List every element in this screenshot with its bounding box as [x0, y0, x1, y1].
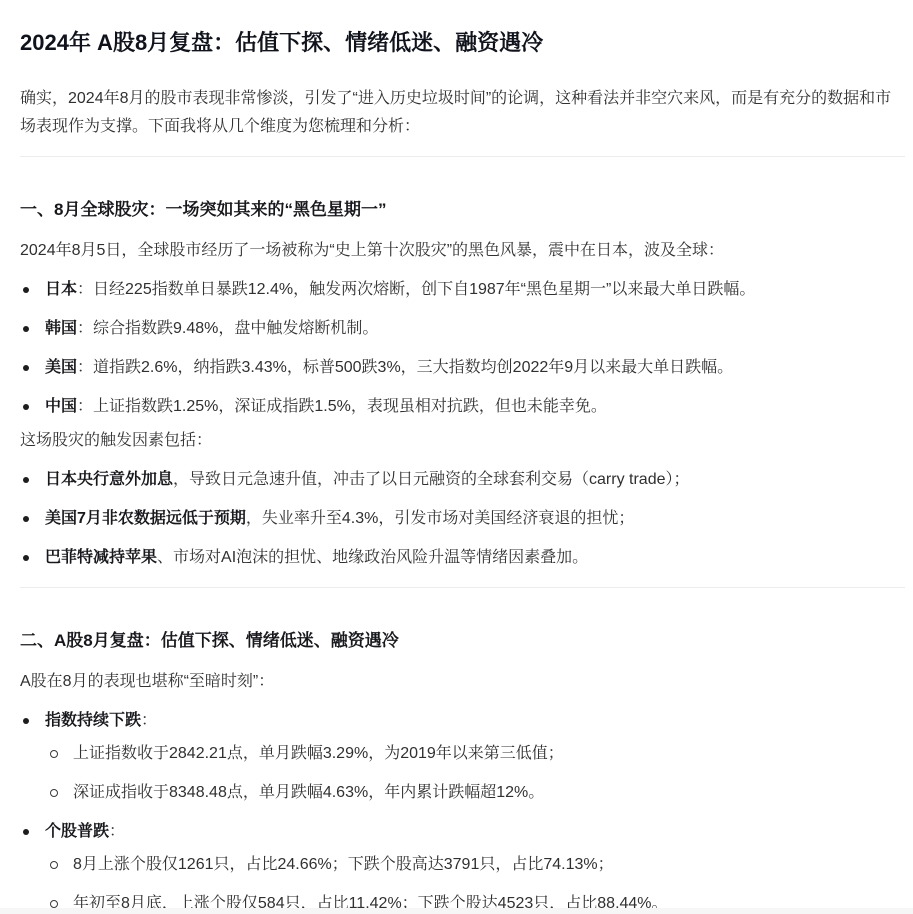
list-item-china: 中国：上证指数跌1.25%，深证成指跌1.5%，表现虽相对抗跌，但也未能幸免。 [20, 393, 905, 421]
list-item-japan: 日本：日经225指数单日暴跌12.4%，触发两次熔断，创下自1987年“黑色星期… [20, 276, 905, 304]
list-item-korea: 韩国：综合指数跌9.48%，盘中触发熔断机制。 [20, 315, 905, 343]
ashare-review-list: 指数持续下跌： 上证指数收于2842.21点，单月跌幅3.29%，为2019年以… [20, 707, 905, 914]
list-item-text: ：道指跌2.6%，纳指跌3.43%，标普500跌3%，三大指数均创2022年9月… [77, 359, 733, 376]
list-item-label: 巴菲特减持苹果 [45, 549, 157, 566]
section2-heading: 二、A股8月复盘：估值下探、情绪低迷、融资遇冷 [20, 630, 905, 652]
list-item-buffett: 巴菲特减持苹果、市场对AI泡沫的担忧、地缘政治风险升温等情绪因素叠加。 [20, 544, 905, 572]
sub-list-item: 上证指数收于2842.21点，单月跌幅3.29%，为2019年以来第三低值； [45, 740, 905, 768]
next-block-edge [0, 908, 913, 914]
page-title: 2024年 A股8月复盘：估值下探、情绪低迷、融资遇冷 [20, 28, 905, 58]
section-divider [20, 587, 905, 588]
section2-lead: A股在8月的表现也堪称“至暗时刻”： [20, 668, 905, 696]
list-item-boj: 日本央行意外加息，导致日元急速升值，冲击了以日元融资的全球套利交易（carry … [20, 466, 905, 494]
list-item-us: 美国：道指跌2.6%，纳指跌3.43%，标普500跌3%，三大指数均创2022年… [20, 354, 905, 382]
section1-heading: 一、8月全球股灾：一场突如其来的“黑色星期一” [20, 199, 905, 221]
intro-paragraph: 确实，2024年8月的股市表现非常惨淡，引发了“进入历史垃圾时间”的论调，这种看… [20, 85, 905, 141]
list-item-separator: ： [109, 823, 125, 840]
list-item-text: ：日经225指数单日暴跌12.4%，触发两次熔断，创下自1987年“黑色星期一”… [77, 281, 755, 298]
list-item-text: ，失业率升至4.3%，引发市场对美国经济衰退的担忧； [246, 510, 634, 527]
list-item-index-decline: 指数持续下跌： 上证指数收于2842.21点，单月跌幅3.29%，为2019年以… [20, 707, 905, 807]
triggers-list: 日本央行意外加息，导致日元急速升值，冲击了以日元融资的全球套利交易（carry … [20, 466, 905, 572]
list-item-text: ：综合指数跌9.48%，盘中触发熔断机制。 [77, 320, 378, 337]
sub-list-item: 8月上涨个股仅1261只，占比24.66%；下跌个股高达3791只，占比74.1… [45, 851, 905, 879]
list-item-text: 、市场对AI泡沫的担忧、地缘政治风险升温等情绪因素叠加。 [157, 549, 588, 566]
triggers-lead: 这场股灾的触发因素包括： [20, 427, 905, 455]
list-item-label: 美国 [45, 359, 77, 376]
list-item-label: 韩国 [45, 320, 77, 337]
list-item-separator: ： [141, 712, 157, 729]
article: 2024年 A股8月复盘：估值下探、情绪低迷、融资遇冷 确实，2024年8月的股… [0, 28, 913, 914]
list-item-label: 日本央行意外加息 [45, 471, 173, 488]
list-item-stocks-decline: 个股普跌： 8月上涨个股仅1261只，占比24.66%；下跌个股高达3791只，… [20, 818, 905, 914]
list-item-label: 美国7月非农数据远低于预期 [45, 510, 246, 527]
list-item-label: 中国 [45, 398, 77, 415]
global-crash-list: 日本：日经225指数单日暴跌12.4%，触发两次熔断，创下自1987年“黑色星期… [20, 276, 905, 421]
list-item-label: 个股普跌 [45, 823, 109, 840]
index-decline-sublist: 上证指数收于2842.21点，单月跌幅3.29%，为2019年以来第三低值； 深… [45, 740, 905, 807]
list-item-text: ，导致日元急速升值，冲击了以日元融资的全球套利交易（carry trade）； [173, 471, 689, 488]
section-divider [20, 156, 905, 157]
list-item-label: 指数持续下跌 [45, 712, 141, 729]
sub-list-item: 深证成指收于8348.48点，单月跌幅4.63%，年内累计跌幅超12%。 [45, 779, 905, 807]
list-item-label: 日本 [45, 281, 77, 298]
list-item-nonfarm: 美国7月非农数据远低于预期，失业率升至4.3%，引发市场对美国经济衰退的担忧； [20, 505, 905, 533]
stocks-decline-sublist: 8月上涨个股仅1261只，占比24.66%；下跌个股高达3791只，占比74.1… [45, 851, 905, 914]
list-item-text: ：上证指数跌1.25%，深证成指跌1.5%，表现虽相对抗跌，但也未能幸免。 [77, 398, 607, 415]
section1-lead: 2024年8月5日，全球股市经历了一场被称为“史上第十次股灾”的黑色风暴，震中在… [20, 237, 905, 265]
